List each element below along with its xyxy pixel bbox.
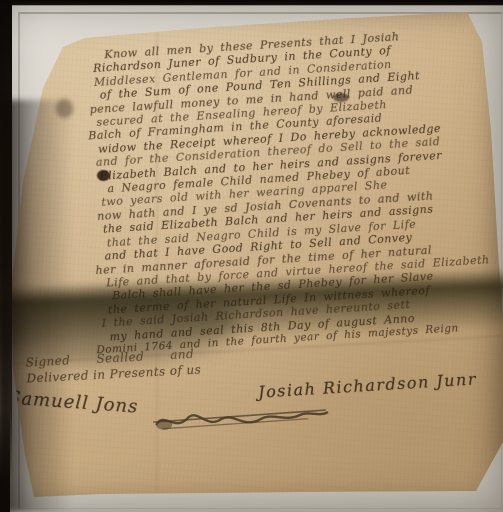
signature-josiah-richardson: Josiah Richardson Junr	[258, 369, 478, 401]
frame-edge-top	[0, 0, 503, 6]
ink-smudge	[56, 99, 73, 118]
signature-witness-samuell-jons: Samuell Jons	[7, 387, 139, 417]
paper-crease-vertical	[156, 30, 158, 490]
frame-edge-left	[0, 0, 12, 480]
ink-blot	[333, 93, 349, 102]
framed-manuscript-photo: Know all men by these Presents that I Jo…	[0, 0, 503, 512]
ink-blot	[97, 170, 110, 181]
struck-signature-scribble	[149, 397, 335, 439]
manuscript-body: Know all men by these Presents that I Jo…	[92, 25, 495, 356]
manuscript-paper: Know all men by these Presents that I Jo…	[0, 0, 503, 512]
